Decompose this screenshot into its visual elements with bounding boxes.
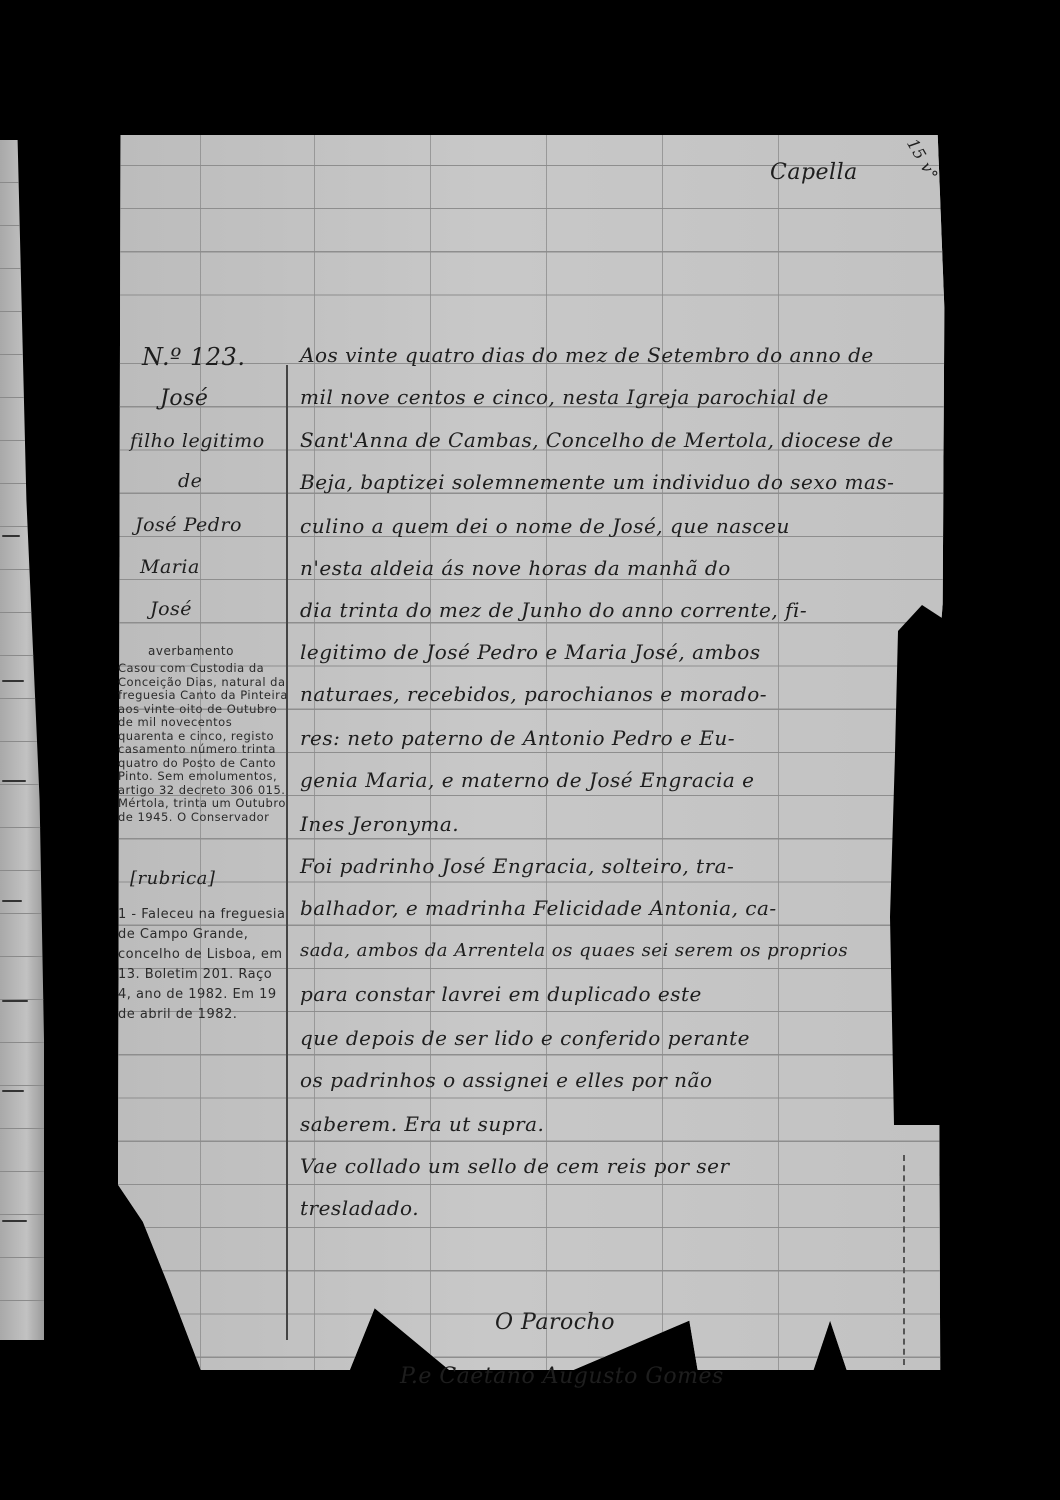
record-line: balhador, e madrinha Felicidade Antonia,… xyxy=(300,896,777,920)
ink-stroke xyxy=(2,1000,28,1002)
record-line: legitimo de José Pedro e Maria José, amb… xyxy=(300,640,761,664)
torn-edge xyxy=(890,605,970,1125)
record-line: Aos vinte quatro dias do mez de Setembro… xyxy=(300,343,874,367)
record-line: Foi padrinho José Engracia, solteiro, tr… xyxy=(300,854,734,878)
record-line: Sant'Anna de Cambas, Concelho de Mertola… xyxy=(300,428,894,452)
record-line: culino a quem dei o nome de José, que na… xyxy=(300,514,790,538)
mother-surname: José xyxy=(150,598,192,620)
record-line: sada, ambos da Arrentela os quaes sei se… xyxy=(300,940,848,961)
adjacent-page-edge xyxy=(0,140,44,1340)
record-line: Vae collado um sello de cem reis por ser xyxy=(300,1154,730,1178)
column-rule xyxy=(314,135,315,1370)
record-line: saberem. Era ut supra. xyxy=(300,1112,544,1136)
dotted-rule xyxy=(903,1155,905,1365)
signature-title: O Parocho xyxy=(495,1310,615,1335)
record-line: Beja, baptizei solemnemente um individuo… xyxy=(300,470,894,494)
child-name: José xyxy=(160,386,208,411)
record-line: mil nove centos e cinco, nesta Igreja pa… xyxy=(300,385,829,409)
mother-name: Maria xyxy=(140,556,200,578)
column-rule xyxy=(662,135,663,1370)
ink-stroke xyxy=(2,680,24,682)
record-line: naturaes, recebidos, parochianos e morad… xyxy=(300,682,767,706)
annotation-heading: averbamento xyxy=(148,645,234,659)
death-annotation: 1 - Faleceu na freguesia de Campo Grande… xyxy=(118,905,290,1025)
header-mark: Capella xyxy=(770,160,858,185)
ink-stroke xyxy=(2,1090,24,1092)
father-name: José Pedro xyxy=(135,514,242,536)
column-rule xyxy=(546,135,547,1370)
ink-stroke xyxy=(2,900,22,902)
record-line: genia Maria, e materno de José Engracia … xyxy=(300,768,754,792)
record-line: Ines Jeronyma. xyxy=(300,812,459,836)
entry-number: N.º 123. xyxy=(142,343,245,371)
relation-line-2: de xyxy=(178,470,202,492)
marriage-annotation: Casou com Custodia da Conceição Dias, na… xyxy=(118,662,290,858)
record-line: dia trinta do mez de Junho do anno corre… xyxy=(300,598,807,622)
priest-signature: P.e Caetano Augusto Gomes xyxy=(400,1364,724,1389)
record-line: n'esta aldeia ás nove horas da manhã do xyxy=(300,556,731,580)
record-line: res: neto paterno de Antonio Pedro e Eu- xyxy=(300,726,735,750)
record-line: que depois de ser lido e conferido peran… xyxy=(300,1026,750,1050)
registrar-signature: [rubrica] xyxy=(130,868,215,889)
ink-stroke xyxy=(2,535,20,537)
record-line: tresladado. xyxy=(300,1196,419,1220)
ink-stroke xyxy=(2,780,26,782)
column-rule xyxy=(430,135,431,1370)
record-line: para constar lavrei em duplicado este xyxy=(300,982,702,1006)
column-rule xyxy=(778,135,779,1370)
record-line: os padrinhos o assignei e elles por não xyxy=(300,1068,712,1092)
relation-line-1: filho legitimo xyxy=(130,430,265,452)
ink-stroke xyxy=(2,1220,27,1222)
